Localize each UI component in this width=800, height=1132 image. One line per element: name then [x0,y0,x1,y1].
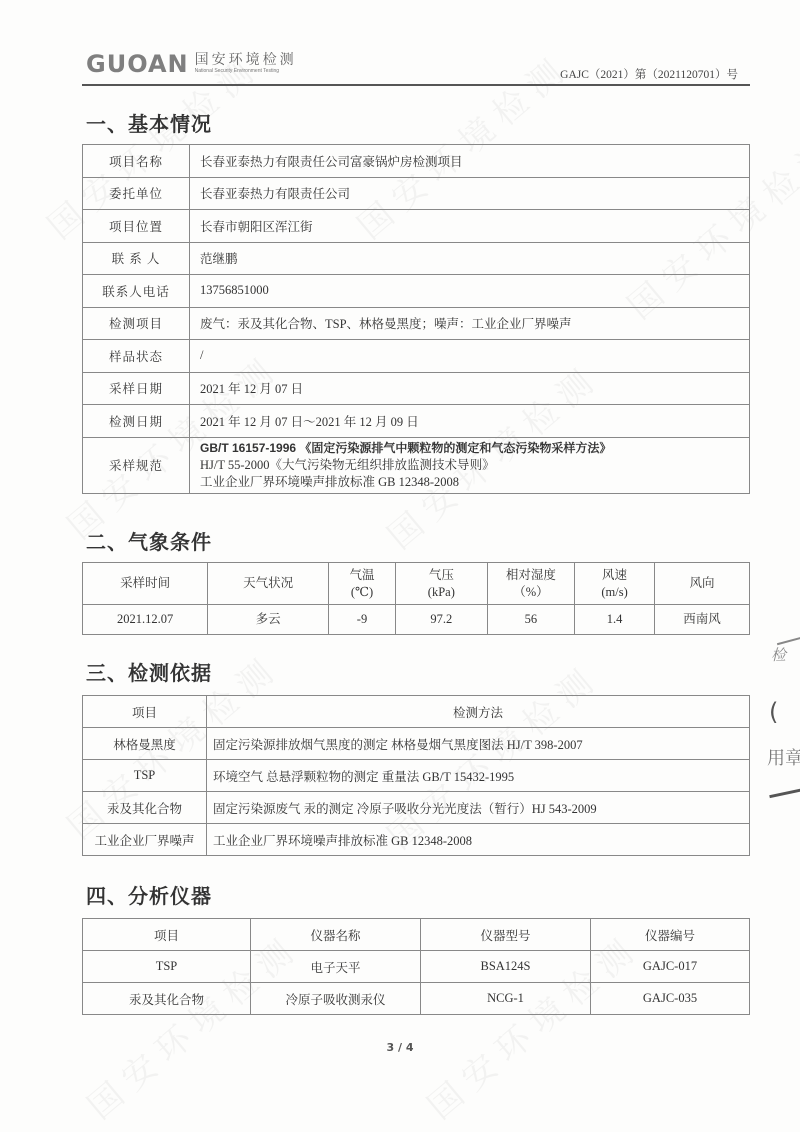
cell-weather: 多云 [208,605,329,635]
cell-serial: GAJC-035 [591,983,750,1015]
cell-serial: GAJC-017 [591,951,750,983]
page-header: GUOAN 国安环境检测 National Security Environme… [82,44,750,88]
table-row: 项目位置长春市朝阳区浑江街 [83,210,750,243]
cell-item: 汞及其化合物 [83,983,251,1015]
page-number: 3 / 4 [0,1041,800,1054]
row-value: 长春亚泰热力有限责任公司 [190,177,750,210]
header-cell: 项目 [83,696,207,728]
table-row: 采样日期2021 年 12 月 07 日 [83,372,750,405]
cell-sample-time: 2021.12.07 [83,605,208,635]
header-cell: 气压(kPa) [395,563,487,605]
table-row: 检测日期2021 年 12 月 07 日～2021 年 12 月 09 日 [83,405,750,438]
header-divider [82,84,750,86]
header-cell: 相对湿度（%） [487,563,574,605]
stamp-arc [769,785,800,798]
row-value: 2021 年 12 月 07 日～2021 年 12 月 09 日 [190,405,750,438]
logo-en: National Security Environment Testing [195,68,297,75]
cell-method: 环境空气 总悬浮颗粒物的测定 重量法 GB/T 15432-1995 [207,760,750,792]
header-cell: 风向 [654,563,749,605]
weather-table: 采样时间 天气状况 气温(℃) 气压(kPa) 相对湿度（%） 风速(m/s) … [82,562,750,635]
basic-info-table: 项目名称长春亚泰热力有限责任公司富豪锅炉房检测项目 委托单位长春亚泰热力有限责任… [82,144,750,494]
table-row: 汞及其化合物 冷原子吸收测汞仪 NCG-1 GAJC-035 [83,983,750,1015]
row-label: 联系人电话 [83,275,190,308]
spec-line: GB/T 16157-1996 《固定污染源排气中颗粒物的测定和气态污染物采样方… [200,440,743,457]
cell-item: 工业企业厂界噪声 [83,824,207,856]
table-row: 委托单位长春亚泰热力有限责任公司 [83,177,750,210]
cell-model: BSA124S [421,951,591,983]
header-cell: 仪器型号 [421,919,591,951]
table-row: 联 系 人范继鹏 [83,242,750,275]
row-value: / [190,340,750,373]
header-cell: 检测方法 [207,696,750,728]
table-header-row: 采样时间 天气状况 气温(℃) 气压(kPa) 相对湿度（%） 风速(m/s) … [83,563,750,605]
section-title-test-basis: 三、检测依据 [86,657,212,686]
logo-cn: 国安环境检测 [195,53,297,68]
row-label: 检测日期 [83,405,190,438]
stamp-text: 检 [771,644,786,665]
header-cell: 仪器编号 [591,919,750,951]
stamp-mark: ( [769,698,778,726]
row-label: 联 系 人 [83,242,190,275]
row-label: 项目名称 [83,145,190,178]
section-title-weather: 二、气象条件 [86,526,212,555]
table-row: 工业企业厂界噪声工业企业厂界环境噪声排放标准 GB 12348-2008 [83,824,750,856]
cell-item: 林格曼黑度 [83,728,207,760]
header-cell: 风速(m/s) [575,563,655,605]
test-basis-table: 项目 检测方法 林格曼黑度固定污染源排放烟气黑度的测定 林格曼烟气黑度图法 HJ… [82,695,750,856]
spec-line: 工业企业厂界环境噪声排放标准 GB 12348-2008 [200,474,743,491]
stamp-text: 用章 [767,744,800,770]
cell-pressure: 97.2 [395,605,487,635]
table-header-row: 项目 检测方法 [83,696,750,728]
row-value: 13756851000 [190,275,750,308]
row-value: 废气：汞及其化合物、TSP、林格曼黑度；噪声：工业企业厂界噪声 [190,307,750,340]
official-stamp: 检 ( 用章 [755,620,800,810]
section-title-instruments: 四、分析仪器 [86,880,212,909]
spec-line: HJ/T 55-2000《大气污染物无组织排放监测技术导则》 [200,457,743,474]
table-row: 检测项目废气：汞及其化合物、TSP、林格曼黑度；噪声：工业企业厂界噪声 [83,307,750,340]
cell-method: 工业企业厂界环境噪声排放标准 GB 12348-2008 [207,824,750,856]
table-row: 采样规范 GB/T 16157-1996 《固定污染源排气中颗粒物的测定和气态污… [83,437,750,493]
section-title-basic-info: 一、基本情况 [86,108,212,137]
row-label: 委托单位 [83,177,190,210]
header-cell: 项目 [83,919,251,951]
cell-method: 固定污染源废气 汞的测定 冷原子吸收分光光度法（暂行）HJ 543-2009 [207,792,750,824]
row-label: 检测项目 [83,307,190,340]
header-cell: 采样时间 [83,563,208,605]
cell-method: 固定污染源排放烟气黑度的测定 林格曼烟气黑度图法 HJ/T 398-2007 [207,728,750,760]
table-header-row: 项目 仪器名称 仪器型号 仪器编号 [83,919,750,951]
cell-wind-speed: 1.4 [575,605,655,635]
table-row: 联系人电话13756851000 [83,275,750,308]
table-row: TSP 电子天平 BSA124S GAJC-017 [83,951,750,983]
header-cell: 仪器名称 [251,919,421,951]
header-cell: 气温(℃) [329,563,396,605]
report-number: GAJC（2021）第（2021120701）号 [560,66,738,82]
table-row: TSP环境空气 总悬浮颗粒物的测定 重量法 GB/T 15432-1995 [83,760,750,792]
header-cell: 天气状况 [208,563,329,605]
row-value: 范继鹏 [190,242,750,275]
table-row: 2021.12.07 多云 -9 97.2 56 1.4 西南风 [83,605,750,635]
table-row: 样品状态/ [83,340,750,373]
row-value: 长春亚泰热力有限责任公司富豪锅炉房检测项目 [190,145,750,178]
instruments-table: 项目 仪器名称 仪器型号 仪器编号 TSP 电子天平 BSA124S GAJC-… [82,918,750,1015]
cell-wind-direction: 西南风 [654,605,749,635]
cell-temperature: -9 [329,605,396,635]
row-label: 采样日期 [83,372,190,405]
cell-humidity: 56 [487,605,574,635]
row-value: 长春市朝阳区浑江街 [190,210,750,243]
table-row: 林格曼黑度固定污染源排放烟气黑度的测定 林格曼烟气黑度图法 HJ/T 398-2… [83,728,750,760]
table-row: 汞及其化合物固定污染源废气 汞的测定 冷原子吸收分光光度法（暂行）HJ 543-… [83,792,750,824]
logo-text: GUOAN [86,52,189,76]
row-value: GB/T 16157-1996 《固定污染源排气中颗粒物的测定和气态污染物采样方… [190,437,750,493]
cell-item: TSP [83,760,207,792]
cell-instrument-name: 电子天平 [251,951,421,983]
cell-instrument-name: 冷原子吸收测汞仪 [251,983,421,1015]
company-logo: GUOAN 国安环境检测 National Security Environme… [86,52,297,76]
row-label: 样品状态 [83,340,190,373]
cell-model: NCG-1 [421,983,591,1015]
row-label: 项目位置 [83,210,190,243]
cell-item: 汞及其化合物 [83,792,207,824]
row-value: 2021 年 12 月 07 日 [190,372,750,405]
row-label: 采样规范 [83,437,190,493]
table-row: 项目名称长春亚泰热力有限责任公司富豪锅炉房检测项目 [83,145,750,178]
cell-item: TSP [83,951,251,983]
